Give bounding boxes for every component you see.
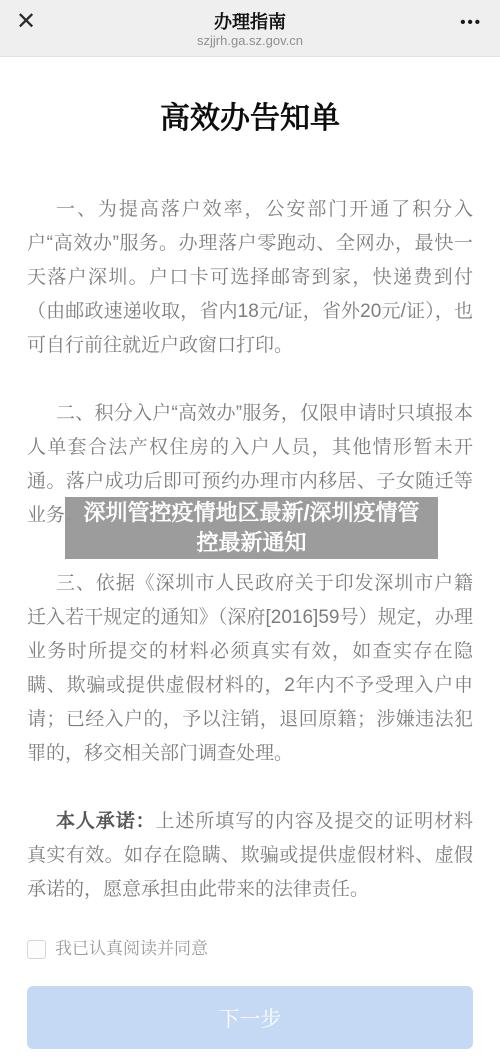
more-menu-icon[interactable]: ••• [460,14,482,31]
notice-paragraph-3: 三、依据《深圳市人民政府关于印发深圳市户籍迁入若干规定的通知》（深府[2016]… [27,567,473,771]
agree-checkbox[interactable] [27,940,46,959]
ad-overlay-text: 深圳管控疫情地区最新/深圳疫情管控最新通知 [73,498,430,558]
notice-promise: 本人承诺：上述所填写的内容及提交的证明材料真实有效。如存在隐瞒、欺骗或提供虚假材… [27,805,473,907]
page-url: szjjrh.ga.sz.gov.cn [0,33,500,49]
notice-title: 高效办告知单 [27,103,473,135]
next-step-button[interactable]: 下一步 [27,986,473,1049]
titlebar: ✕ 办理指南 szjjrh.ga.sz.gov.cn ••• [0,0,500,57]
agree-label: 我已认真阅读并同意 [55,939,208,959]
page-title: 办理指南 [0,11,500,33]
close-icon[interactable]: ✕ [16,10,36,34]
promise-prefix: 本人承诺： [56,811,156,832]
titlebar-center: 办理指南 szjjrh.ga.sz.gov.cn [0,7,500,49]
notice-content: 高效办告知单 一、为提高落户效率，公安部门开通了积分入户“高效办”服务。办理落户… [0,103,500,1049]
notice-paragraph-1: 一、为提高落户效率，公安部门开通了积分入户“高效办”服务。办理落户零跑动、全网办… [27,193,473,363]
agree-row: 我已认真阅读并同意 [27,939,473,959]
ad-overlay-banner[interactable]: 深圳管控疫情地区最新/深圳疫情管控最新通知 [65,497,438,559]
webview-page: ✕ 办理指南 szjjrh.ga.sz.gov.cn ••• 高效办告知单 一、… [0,0,500,1057]
